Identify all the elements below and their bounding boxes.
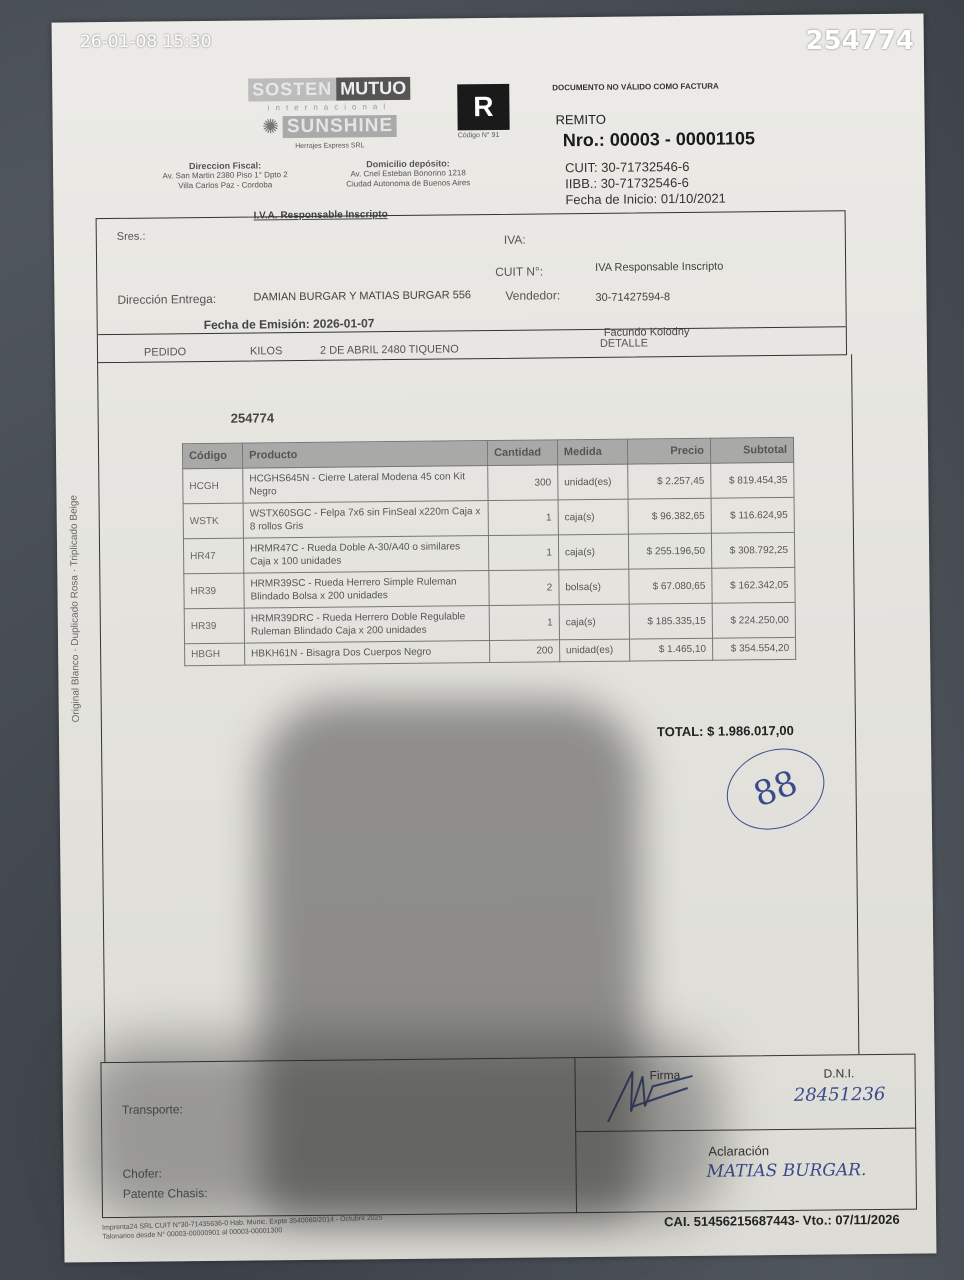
cell-cantidad: 2: [489, 570, 559, 606]
cell-producto: HCGHS645N - Cierre Lateral Modena 45 con…: [243, 466, 488, 504]
col-producto: Producto: [242, 441, 487, 469]
cell-precio: $ 255.196,50: [628, 533, 711, 569]
photo-id-label: 254774: [805, 26, 914, 56]
client-cuit-value: 30-71427594-8: [595, 291, 670, 304]
cai-number: CAI. 51456215687443- Vto.: 07/11/2026: [664, 1212, 900, 1229]
cell-codigo: HR39: [184, 573, 244, 609]
cell-cantidad: 300: [488, 465, 558, 501]
cell-medida: caja(s): [559, 604, 629, 640]
sun-icon: ✺: [262, 114, 279, 139]
client-info-box: Sres.: IVA: CUIT N°: IVA Responsable Ins…: [96, 210, 847, 363]
cell-medida: unidad(es): [558, 464, 628, 500]
cuit-label: CUIT N°:: [495, 264, 543, 279]
col-codigo: Código: [182, 443, 242, 469]
cell-producto: HRMR39SC - Rueda Herrero Simple Ruleman …: [244, 571, 489, 609]
cell-producto: HRMR47C - Rueda Doble A-30/A40 o similar…: [243, 536, 488, 574]
logo-mutuo: MUTUO: [336, 77, 410, 101]
cell-cantidad: 200: [490, 640, 560, 663]
aclaracion-handwritten: MATIAS BURGAR.: [706, 1160, 866, 1182]
cell-medida: caja(s): [558, 499, 628, 535]
cell-precio: $ 2.257,45: [628, 463, 711, 499]
document-letter-box: R: [457, 84, 509, 131]
aclaracion-label: Aclaración: [708, 1143, 769, 1159]
cell-medida: unidad(es): [559, 639, 629, 662]
document-type: REMITO: [555, 112, 605, 128]
cell-cantidad: 1: [488, 500, 558, 536]
fecha-emision: Fecha de Emisión: 2026-01-07: [204, 316, 375, 332]
order-number: 254774: [231, 410, 275, 425]
dni-label: D.N.I.: [824, 1066, 855, 1080]
cell-subtotal: $ 224.250,00: [712, 602, 795, 638]
document-number: Nro.: 00003 - 00001105: [563, 128, 755, 151]
cell-codigo: HR47: [183, 538, 243, 574]
pedido-label: PEDIDO: [144, 346, 186, 358]
cell-subtotal: $ 819.454,35: [711, 462, 794, 498]
cell-precio: $ 96.382,65: [628, 498, 711, 534]
issuer-iibb: IIBB.: 30-71732546-6: [565, 175, 726, 193]
cell-subtotal: $ 116.624,95: [711, 497, 794, 533]
cell-cantidad: 1: [489, 605, 559, 641]
photo-timestamp: 26-01-08 15:30: [80, 32, 212, 52]
logo-subtitle: Herrajes Express SRL: [245, 142, 415, 151]
cell-producto: HRMR39DRC - Rueda Herrero Doble Regulabl…: [244, 606, 489, 644]
cell-medida: bolsa(s): [559, 569, 629, 605]
items-table: Código Producto Cantidad Medida Precio S…: [182, 437, 796, 666]
overlapped-text: 2 DE ABRIL 2480 TIQUENO: [320, 343, 459, 356]
cell-precio: $ 67.080,65: [629, 568, 712, 604]
iva-label: IVA:: [504, 233, 526, 247]
vendedor-label: Vendedor:: [505, 288, 560, 303]
issuer-cuit: CUIT: 30-71732546-6: [565, 159, 726, 177]
transporte-label: Transporte:: [122, 1102, 183, 1117]
cell-producto: WSTX60SGC - Felpa 7x6 sin FinSeal x220m …: [243, 501, 488, 539]
total-amount: TOTAL: $ 1.986.017,00: [657, 723, 794, 739]
cell-codigo: HCGH: [183, 468, 243, 504]
cell-precio: $ 185.335,15: [629, 603, 712, 639]
kilos-label: KILOS: [250, 345, 283, 357]
patente-label: Patente Chasis:: [123, 1186, 208, 1201]
cell-subtotal: $ 308.792,25: [711, 532, 794, 568]
direccion-fiscal: Direccion Fiscal: Av. San Martin 2380 Pi…: [135, 160, 315, 192]
cell-codigo: HR39: [184, 608, 244, 644]
cell-medida: caja(s): [558, 534, 628, 570]
detalle-label: DETALLE: [600, 337, 648, 350]
direccion-entrega-value: DAMIAN BURGAR Y MATIAS BURGAR 556: [253, 289, 471, 303]
printer-info: Imprenta24 SRL CUIT N°30-71435636-0 Hab.…: [102, 1214, 383, 1242]
col-cantidad: Cantidad: [487, 440, 557, 466]
cell-codigo: HBGH: [185, 643, 245, 666]
col-medida: Medida: [557, 439, 627, 465]
document-code: Código N° 91: [458, 132, 520, 140]
signature-scribble: [602, 1056, 703, 1127]
chofer-label: Chofer:: [123, 1167, 163, 1181]
domicilio-deposito: Domicilio depósito: Av. Cnel Esteban Bon…: [318, 158, 498, 190]
col-precio: Precio: [627, 438, 710, 464]
dni-handwritten: 28451236: [794, 1084, 886, 1106]
copy-color-legend: Original Blanco · Duplicado Rosa · Tripl…: [68, 495, 81, 722]
domicilio-deposito-line2: Ciudad Autonoma de Buenos Aires: [318, 178, 498, 190]
issuer-tax-info: CUIT: 30-71732546-6 IIBB.: 30-71732546-6…: [565, 159, 726, 209]
cell-subtotal: $ 354.554,20: [712, 637, 795, 660]
cell-subtotal: $ 162.342,05: [712, 567, 795, 603]
direccion-fiscal-line2: Villa Carlos Paz - Cordoba: [135, 180, 315, 192]
sres-label: Sres.:: [117, 231, 146, 243]
cell-producto: HBKH61N - Bisagra Dos Cuerpos Negro: [245, 641, 490, 666]
company-logo: SOSTEN MUTUO internacional ✺ SUNSHINE He…: [244, 77, 415, 151]
iva-value: IVA Responsable Inscripto: [595, 261, 723, 274]
logo-sunshine: SUNSHINE: [283, 114, 397, 137]
cell-cantidad: 1: [488, 535, 558, 571]
issuer-start-date: Fecha de Inicio: 01/10/2021: [565, 191, 726, 209]
col-subtotal: Subtotal: [710, 437, 793, 463]
logo-sosten: SOSTEN: [248, 78, 336, 102]
direccion-entrega-label: Dirección Entrega:: [117, 292, 216, 307]
cell-codigo: WSTK: [183, 503, 243, 539]
not-valid-notice: DOCUMENTO NO VÁLIDO COMO FACTURA: [552, 82, 719, 93]
remito-document: SOSTEN MUTUO internacional ✺ SUNSHINE He…: [52, 13, 937, 1262]
cell-precio: $ 1.465,10: [629, 638, 712, 661]
logo-internacional: internacional: [244, 102, 414, 113]
